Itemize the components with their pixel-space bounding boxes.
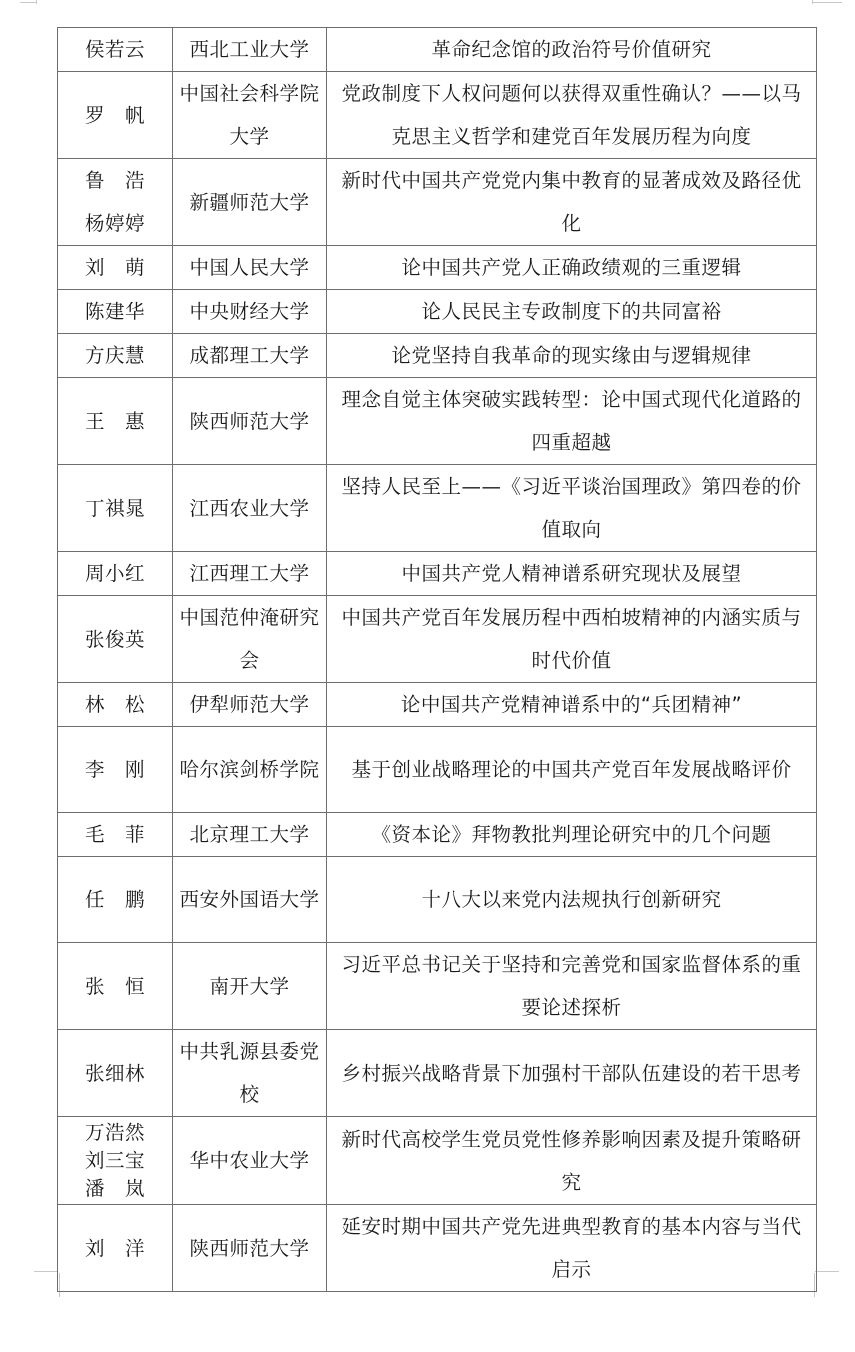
institution-cell: 西安外国语大学 xyxy=(173,857,327,943)
table-row: 王 惠 陕西师范大学 理念自觉主体突破实践转型：论中国式现代化道路的四重超越 xyxy=(58,378,817,465)
paper-title-cell: 新时代中国共产党党内集中教育的显著成效及路径优化 xyxy=(327,159,817,246)
table-row: 任 鹏 西安外国语大学 十八大以来党内法规执行创新研究 xyxy=(58,857,817,943)
paper-title-cell: 延安时期中国共产党先进典型教育的基本内容与当代启示 xyxy=(327,1205,817,1292)
table-row: 张俊英 中国范仲淹研究会 中国共产党百年发展历程中西柏坡精神的内涵实质与时代价值 xyxy=(58,596,817,683)
author-cell: 方庆慧 xyxy=(58,334,173,378)
table-row: 丁祺晁 江西农业大学 坚持人民至上——《习近平谈治国理政》第四卷的价值取向 xyxy=(58,465,817,552)
author-cell: 李 刚 xyxy=(58,727,173,813)
paper-title-cell: 基于创业战略理论的中国共产党百年发展战略评价 xyxy=(327,727,817,813)
paper-title-cell: 《资本论》拜物教批判理论研究中的几个问题 xyxy=(327,813,817,857)
author-cell: 王 惠 xyxy=(58,378,173,465)
author-cell: 侯若云 xyxy=(58,28,173,72)
crop-mark-top-right xyxy=(812,2,842,3)
institution-cell: 成都理工大学 xyxy=(173,334,327,378)
paper-list-table: 侯若云 西北工业大学 革命纪念馆的政治符号价值研究 罗 帆 中国社会科学院大学 … xyxy=(57,27,817,1292)
institution-cell: 陕西师范大学 xyxy=(173,378,327,465)
table-row: 方庆慧 成都理工大学 论党坚持自我革命的现实缘由与逻辑规律 xyxy=(58,334,817,378)
paper-title-cell: 论中国共产党精神谱系中的“兵团精神” xyxy=(327,683,817,727)
table-row: 李 刚 哈尔滨剑桥学院 基于创业战略理论的中国共产党百年发展战略评价 xyxy=(58,727,817,813)
table-row: 周小红 江西理工大学 中国共产党人精神谱系研究现状及展望 xyxy=(58,552,817,596)
table-row: 陈建华 中央财经大学 论人民民主专政制度下的共同富裕 xyxy=(58,290,817,334)
author-cell: 鲁 浩 杨婷婷 xyxy=(58,159,173,246)
institution-cell: 江西农业大学 xyxy=(173,465,327,552)
paper-title-cell: 新时代高校学生党员党性修养影响因素及提升策略研究 xyxy=(327,1117,817,1205)
table-row: 毛 菲 北京理工大学 《资本论》拜物教批判理论研究中的几个问题 xyxy=(58,813,817,857)
paper-title-cell: 革命纪念馆的政治符号价值研究 xyxy=(327,28,817,72)
paper-title-cell: 坚持人民至上——《习近平谈治国理政》第四卷的价值取向 xyxy=(327,465,817,552)
paper-title-cell: 论人民民主专政制度下的共同富裕 xyxy=(327,290,817,334)
table-row: 鲁 浩 杨婷婷 新疆师范大学 新时代中国共产党党内集中教育的显著成效及路径优化 xyxy=(58,159,817,246)
paper-title-cell: 论党坚持自我革命的现实缘由与逻辑规律 xyxy=(327,334,817,378)
table-row: 林 松 伊犁师范大学 论中国共产党精神谱系中的“兵团精神” xyxy=(58,683,817,727)
author-cell: 林 松 xyxy=(58,683,173,727)
table-row: 万浩然 刘三宝 潘 岚 华中农业大学 新时代高校学生党员党性修养影响因素及提升策… xyxy=(58,1117,817,1205)
author-cell: 任 鹏 xyxy=(58,857,173,943)
paper-title-cell: 十八大以来党内法规执行创新研究 xyxy=(327,857,817,943)
institution-cell: 中国范仲淹研究会 xyxy=(173,596,327,683)
paper-title-cell: 党政制度下人权问题何以获得双重性确认？——以马克思主义哲学和建党百年发展历程为向… xyxy=(327,72,817,159)
table-row: 侯若云 西北工业大学 革命纪念馆的政治符号价值研究 xyxy=(58,28,817,72)
author-cell: 周小红 xyxy=(58,552,173,596)
paper-title-cell: 理念自觉主体突破实践转型：论中国式现代化道路的四重超越 xyxy=(327,378,817,465)
paper-title-cell: 论中国共产党人正确政绩观的三重逻辑 xyxy=(327,246,817,290)
institution-cell: 中央财经大学 xyxy=(173,290,327,334)
author-cell: 陈建华 xyxy=(58,290,173,334)
table-row: 罗 帆 中国社会科学院大学 党政制度下人权问题何以获得双重性确认？——以马克思主… xyxy=(58,72,817,159)
institution-cell: 江西理工大学 xyxy=(173,552,327,596)
table-row: 张细林 中共乳源县委党校 乡村振兴战略背景下加强村干部队伍建设的若干思考 xyxy=(58,1030,817,1117)
institution-cell: 新疆师范大学 xyxy=(173,159,327,246)
table-row: 刘 洋 陕西师范大学 延安时期中国共产党先进典型教育的基本内容与当代启示 xyxy=(58,1205,817,1292)
institution-cell: 哈尔滨剑桥学院 xyxy=(173,727,327,813)
table-row: 刘 萌 中国人民大学 论中国共产党人正确政绩观的三重逻辑 xyxy=(58,246,817,290)
institution-cell: 中共乳源县委党校 xyxy=(173,1030,327,1117)
crop-mark-top-left xyxy=(20,2,36,3)
paper-title-cell: 中国共产党人精神谱系研究现状及展望 xyxy=(327,552,817,596)
paper-title-cell: 习近平总书记关于坚持和完善党和国家监督体系的重要论述探析 xyxy=(327,943,817,1030)
crop-mark-top-left-vertical xyxy=(36,0,37,4)
institution-cell: 华中农业大学 xyxy=(173,1117,327,1205)
institution-cell: 陕西师范大学 xyxy=(173,1205,327,1292)
author-cell: 张 恒 xyxy=(58,943,173,1030)
institution-cell: 中国社会科学院大学 xyxy=(173,72,327,159)
author-cell: 丁祺晁 xyxy=(58,465,173,552)
institution-cell: 北京理工大学 xyxy=(173,813,327,857)
author-cell: 万浩然 刘三宝 潘 岚 xyxy=(58,1117,173,1205)
author-cell: 刘 洋 xyxy=(58,1205,173,1292)
author-cell: 毛 菲 xyxy=(58,813,173,857)
institution-cell: 西北工业大学 xyxy=(173,28,327,72)
table-row: 张 恒 南开大学 习近平总书记关于坚持和完善党和国家监督体系的重要论述探析 xyxy=(58,943,817,1030)
institution-cell: 中国人民大学 xyxy=(173,246,327,290)
crop-mark-bottom-right xyxy=(815,1271,839,1272)
crop-mark-bottom-left xyxy=(34,1271,58,1272)
author-cell: 罗 帆 xyxy=(58,72,173,159)
institution-cell: 伊犁师范大学 xyxy=(173,683,327,727)
author-cell: 刘 萌 xyxy=(58,246,173,290)
institution-cell: 南开大学 xyxy=(173,943,327,1030)
author-cell: 张俊英 xyxy=(58,596,173,683)
paper-title-cell: 中国共产党百年发展历程中西柏坡精神的内涵实质与时代价值 xyxy=(327,596,817,683)
paper-title-cell: 乡村振兴战略背景下加强村干部队伍建设的若干思考 xyxy=(327,1030,817,1117)
author-cell: 张细林 xyxy=(58,1030,173,1117)
